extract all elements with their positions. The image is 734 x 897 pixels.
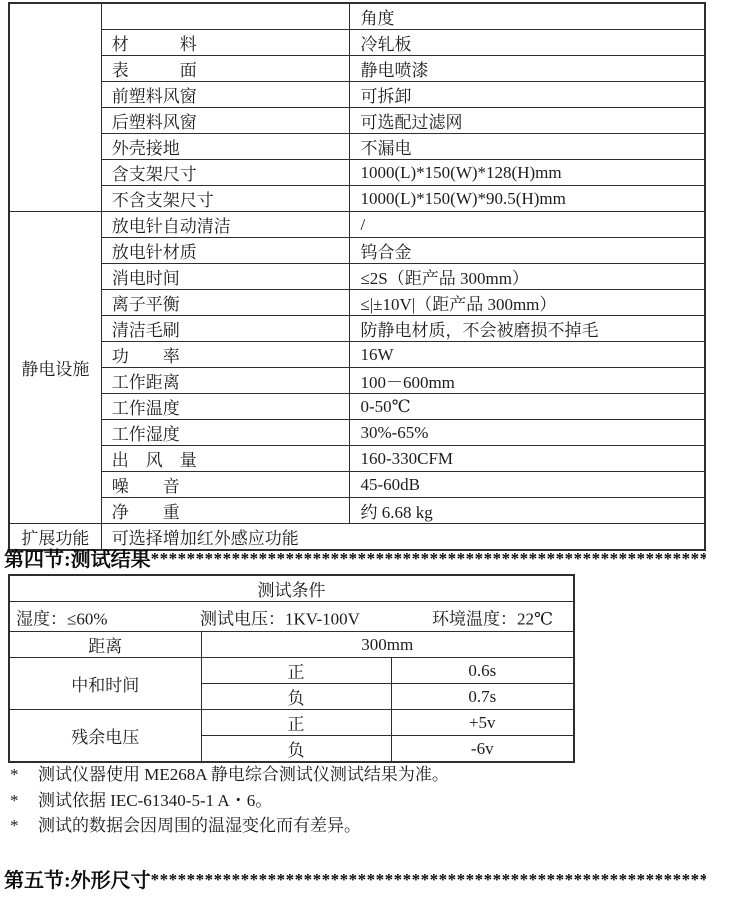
note-item: *测试仪器使用 ME268A 静电综合测试仪测试结果为准。 xyxy=(10,762,710,788)
condition-temperature: 环境温度：22℃ xyxy=(432,604,553,629)
spec-name-cell: 前塑料风窗 xyxy=(101,82,350,108)
spec-value-cell: ≤|±10V|（距产品 300mm） xyxy=(350,290,705,316)
table-row: 外壳接地 不漏电 xyxy=(9,134,705,160)
condition-voltage: 测试电压：1KV-100V xyxy=(200,604,360,629)
result-value-cell: 0.7s xyxy=(391,684,574,710)
table-row: 净 重 约 6.68 kg xyxy=(9,498,705,524)
table-row: 残余电压 正 +5v xyxy=(9,710,574,736)
spec-name-cell: 含支架尺寸 xyxy=(101,160,350,186)
polarity-cell: 负 xyxy=(201,736,391,763)
footnotes: *测试仪器使用 ME268A 静电综合测试仪测试结果为准。 *测试依据 IEC-… xyxy=(10,762,710,839)
spec-group-label: 静电设施 xyxy=(9,212,101,524)
spec-name-cell: 材 料 xyxy=(101,30,350,56)
spec-name-cell: 工作距离 xyxy=(101,368,350,394)
section-title-text: 第四节:测试结果 xyxy=(4,549,151,569)
table-row: 噪 音 45-60dB xyxy=(9,472,705,498)
spec-name-cell: 功 率 xyxy=(101,342,350,368)
spec-value-cell: / xyxy=(350,212,705,238)
note-text: 测试依据 IEC-61340-5-1 A・6。 xyxy=(38,791,272,810)
spec-value-cell: 防静电材质，不会被磨损不掉毛 xyxy=(350,316,705,342)
section-title: 第五节:外形尺寸********************************… xyxy=(4,864,706,890)
spec-name-cell xyxy=(101,3,350,30)
result-value-cell: -6v xyxy=(391,736,574,763)
section-title: 第四节:测试结果********************************… xyxy=(4,543,706,569)
note-text: 测试的数据会因周围的温湿变化而有差异。 xyxy=(38,816,361,835)
asterisk-marker: * xyxy=(10,788,38,814)
polarity-cell: 正 xyxy=(201,710,391,736)
condition-humidity: 湿度：≤60% xyxy=(16,604,108,629)
spec-value-cell: 1000(L)*150(W)*128(H)mm xyxy=(350,160,705,186)
table-row: 含支架尺寸 1000(L)*150(W)*128(H)mm xyxy=(9,160,705,186)
table-row: 表 面 静电喷漆 xyxy=(9,56,705,82)
spec-table: 角度 材 料 冷轧板 表 面 静电喷漆 前塑料风窗 可拆卸 后塑料风窗 可选配过… xyxy=(8,2,706,551)
conditions-cell: 湿度：≤60% 测试电压：1KV-100V 环境温度：22℃ xyxy=(9,602,574,632)
table-row: 静电设施 放电针自动清洁 / xyxy=(9,212,705,238)
table-row: 功 率 16W xyxy=(9,342,705,368)
spec-value-cell: 45-60dB xyxy=(350,472,705,498)
spec-name-cell: 消电时间 xyxy=(101,264,350,290)
spec-name-cell: 后塑料风窗 xyxy=(101,108,350,134)
result-value-cell: 0.6s xyxy=(391,658,574,684)
result-value-cell: +5v xyxy=(391,710,574,736)
polarity-cell: 正 xyxy=(201,658,391,684)
distance-value: 300mm xyxy=(201,632,574,658)
table-row: 工作湿度 30%-65% xyxy=(9,420,705,446)
spec-name-cell: 出 风 量 xyxy=(101,446,350,472)
spec-value-cell: 1000(L)*150(W)*90.5(H)mm xyxy=(350,186,705,212)
table-row: 中和时间 正 0.6s xyxy=(9,658,574,684)
table-row: 出 风 量 160-330CFM xyxy=(9,446,705,472)
spec-value-cell: 可拆卸 xyxy=(350,82,705,108)
spec-name-cell: 噪 音 xyxy=(101,472,350,498)
title-asterisks: ****************************************… xyxy=(151,870,706,889)
note-text: 测试仪器使用 ME268A 静电综合测试仪测试结果为准。 xyxy=(38,765,449,784)
test-table-header: 测试条件 xyxy=(9,575,574,602)
table-row: 清洁毛刷 防静电材质，不会被磨损不掉毛 xyxy=(9,316,705,342)
asterisk-marker: * xyxy=(10,813,38,839)
spec-value-cell: 角度 xyxy=(350,3,705,30)
table-row: 工作距离 100－600mm xyxy=(9,368,705,394)
table-row: 放电针材质 钨合金 xyxy=(9,238,705,264)
table-row: 材 料 冷轧板 xyxy=(9,30,705,56)
result-group-label: 残余电压 xyxy=(9,710,201,763)
result-group-label: 中和时间 xyxy=(9,658,201,710)
spec-group-label xyxy=(9,3,101,212)
spec-value-cell: 冷轧板 xyxy=(350,30,705,56)
spec-name-cell: 工作温度 xyxy=(101,394,350,420)
table-row: 离子平衡 ≤|±10V|（距产品 300mm） xyxy=(9,290,705,316)
spec-value-cell: 0-50℃ xyxy=(350,394,705,420)
spec-name-cell: 不含支架尺寸 xyxy=(101,186,350,212)
spec-value-cell: 可选配过滤网 xyxy=(350,108,705,134)
spec-name-cell: 放电针自动清洁 xyxy=(101,212,350,238)
document-page: 角度 材 料 冷轧板 表 面 静电喷漆 前塑料风窗 可拆卸 后塑料风窗 可选配过… xyxy=(0,0,734,897)
spec-name-cell: 净 重 xyxy=(101,498,350,524)
spec-value-cell: 钨合金 xyxy=(350,238,705,264)
spec-name-cell: 离子平衡 xyxy=(101,290,350,316)
distance-label: 距离 xyxy=(9,632,201,658)
table-row: 工作温度 0-50℃ xyxy=(9,394,705,420)
spec-value-cell: 30%-65% xyxy=(350,420,705,446)
test-conditions-table: 测试条件 湿度：≤60% 测试电压：1KV-100V 环境温度：22℃ 距离 3… xyxy=(8,574,575,763)
spec-name-cell: 放电针材质 xyxy=(101,238,350,264)
title-asterisks: ****************************************… xyxy=(151,549,706,568)
table-row: 后塑料风窗 可选配过滤网 xyxy=(9,108,705,134)
note-item: *测试依据 IEC-61340-5-1 A・6。 xyxy=(10,788,710,814)
table-row: 前塑料风窗 可拆卸 xyxy=(9,82,705,108)
table-row: 距离 300mm xyxy=(9,632,574,658)
polarity-cell: 负 xyxy=(201,684,391,710)
spec-value-cell: 约 6.68 kg xyxy=(350,498,705,524)
spec-value-cell: 100－600mm xyxy=(350,368,705,394)
spec-name-cell: 清洁毛刷 xyxy=(101,316,350,342)
table-row: 消电时间 ≤2S（距产品 300mm） xyxy=(9,264,705,290)
note-item: *测试的数据会因周围的温湿变化而有差异。 xyxy=(10,813,710,839)
spec-value-cell: 不漏电 xyxy=(350,134,705,160)
table-row: 角度 xyxy=(9,3,705,30)
table-row: 不含支架尺寸 1000(L)*150(W)*90.5(H)mm xyxy=(9,186,705,212)
spec-value-cell: 16W xyxy=(350,342,705,368)
spec-name-cell: 工作湿度 xyxy=(101,420,350,446)
section-title-text: 第五节:外形尺寸 xyxy=(4,870,151,890)
spec-value-cell: 静电喷漆 xyxy=(350,56,705,82)
spec-name-cell: 表 面 xyxy=(101,56,350,82)
spec-value-cell: 160-330CFM xyxy=(350,446,705,472)
table-row: 测试条件 xyxy=(9,575,574,602)
spec-value-cell: ≤2S（距产品 300mm） xyxy=(350,264,705,290)
table-row: 湿度：≤60% 测试电压：1KV-100V 环境温度：22℃ xyxy=(9,602,574,632)
asterisk-marker: * xyxy=(10,762,38,788)
spec-name-cell: 外壳接地 xyxy=(101,134,350,160)
